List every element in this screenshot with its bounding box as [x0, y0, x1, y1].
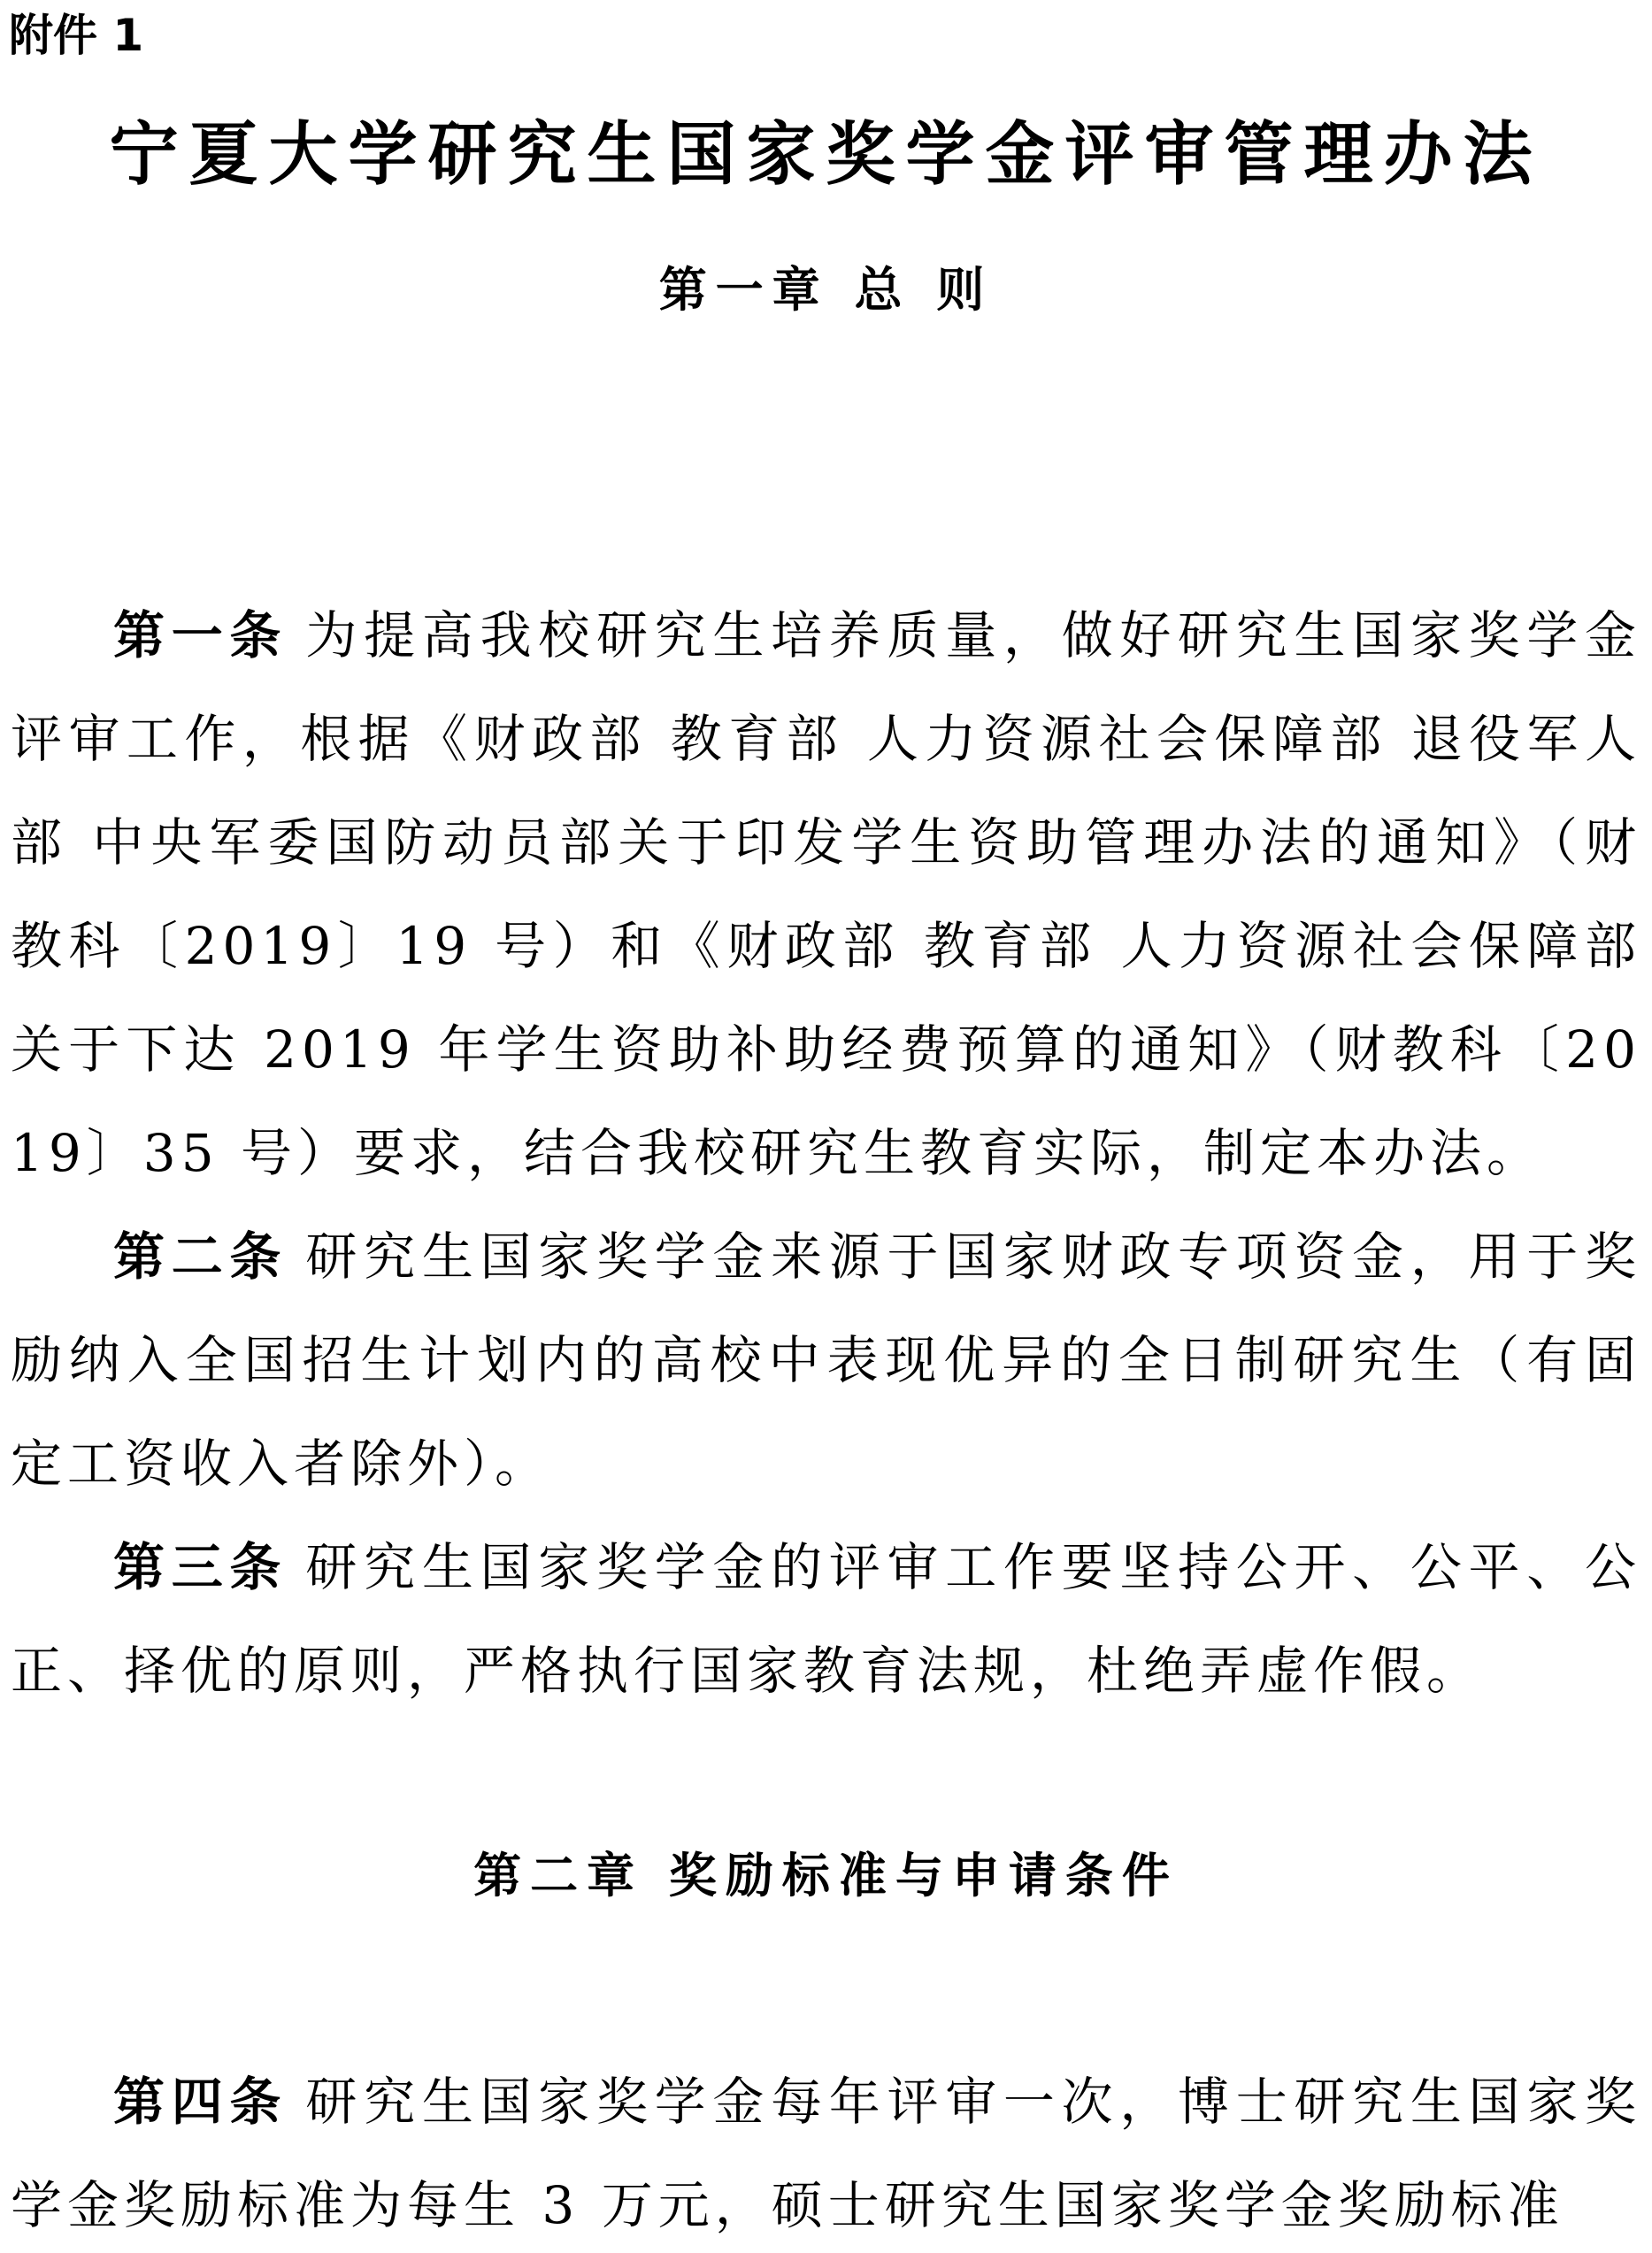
article-3: 第三条研究生国家奖学金的评审工作要坚持公开、公平、公正、择优的原则，严格执行国家…	[11, 1516, 1641, 1723]
article-2: 第二条研究生国家奖学金来源于国家财政专项资金，用于奖励纳入全国招生计划内的高校中…	[11, 1205, 1641, 1516]
document-title: 宁夏大学研究生国家奖学金评审管理办法	[18, 115, 1634, 195]
article-4-label: 第四条	[113, 2072, 305, 2132]
attachment-label: 附件 1	[0, 0, 1652, 62]
chapter-2-articles: 第四条研究生国家奖学金每年评审一次，博士研究生国家奖学金奖励标准为每生 3 万元…	[0, 2050, 1652, 2253]
chapter-1-heading: 第一章 总 则	[0, 261, 1652, 319]
article-1: 第一条为提高我校研究生培养质量，做好研究生国家奖学金评审工作，根据《财政部 教育…	[11, 584, 1641, 1205]
article-1-label: 第一条	[113, 605, 305, 665]
chapter-2-heading: 第二章 奖励标准与申请条件	[0, 1847, 1652, 1904]
document-page: 附件 1 宁夏大学研究生国家奖学金评审管理办法 第一章 总 则 第一条为提高我校…	[0, 0, 1652, 2253]
article-2-label: 第二条	[113, 1226, 305, 1287]
article-3-label: 第三条	[113, 1537, 305, 1597]
chapter-1: 第一章 总 则 第一条为提高我校研究生培养质量，做好研究生国家奖学金评审工作，根…	[0, 261, 1652, 1723]
article-4: 第四条研究生国家奖学金每年评审一次，博士研究生国家奖学金奖励标准为每生 3 万元…	[11, 2050, 1641, 2253]
article-1-text: 为提高我校研究生培养质量，做好研究生国家奖学金评审工作，根据《财政部 教育部 人…	[11, 605, 1641, 1183]
chapter-1-articles: 第一条为提高我校研究生培养质量，做好研究生国家奖学金评审工作，根据《财政部 教育…	[0, 584, 1652, 1723]
chapter-2: 第二章 奖励标准与申请条件 第四条研究生国家奖学金每年评审一次，博士研究生国家奖…	[0, 1847, 1652, 2253]
